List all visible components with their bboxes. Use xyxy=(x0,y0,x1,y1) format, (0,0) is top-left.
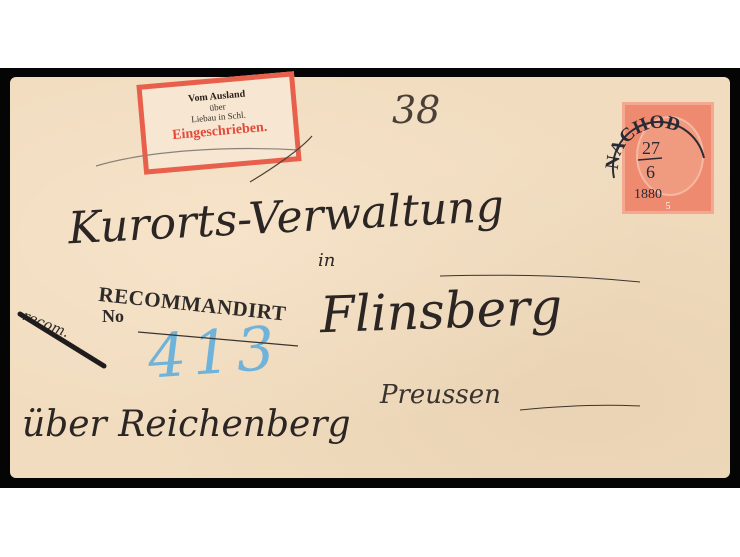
ink-strokes xyxy=(0,0,740,557)
